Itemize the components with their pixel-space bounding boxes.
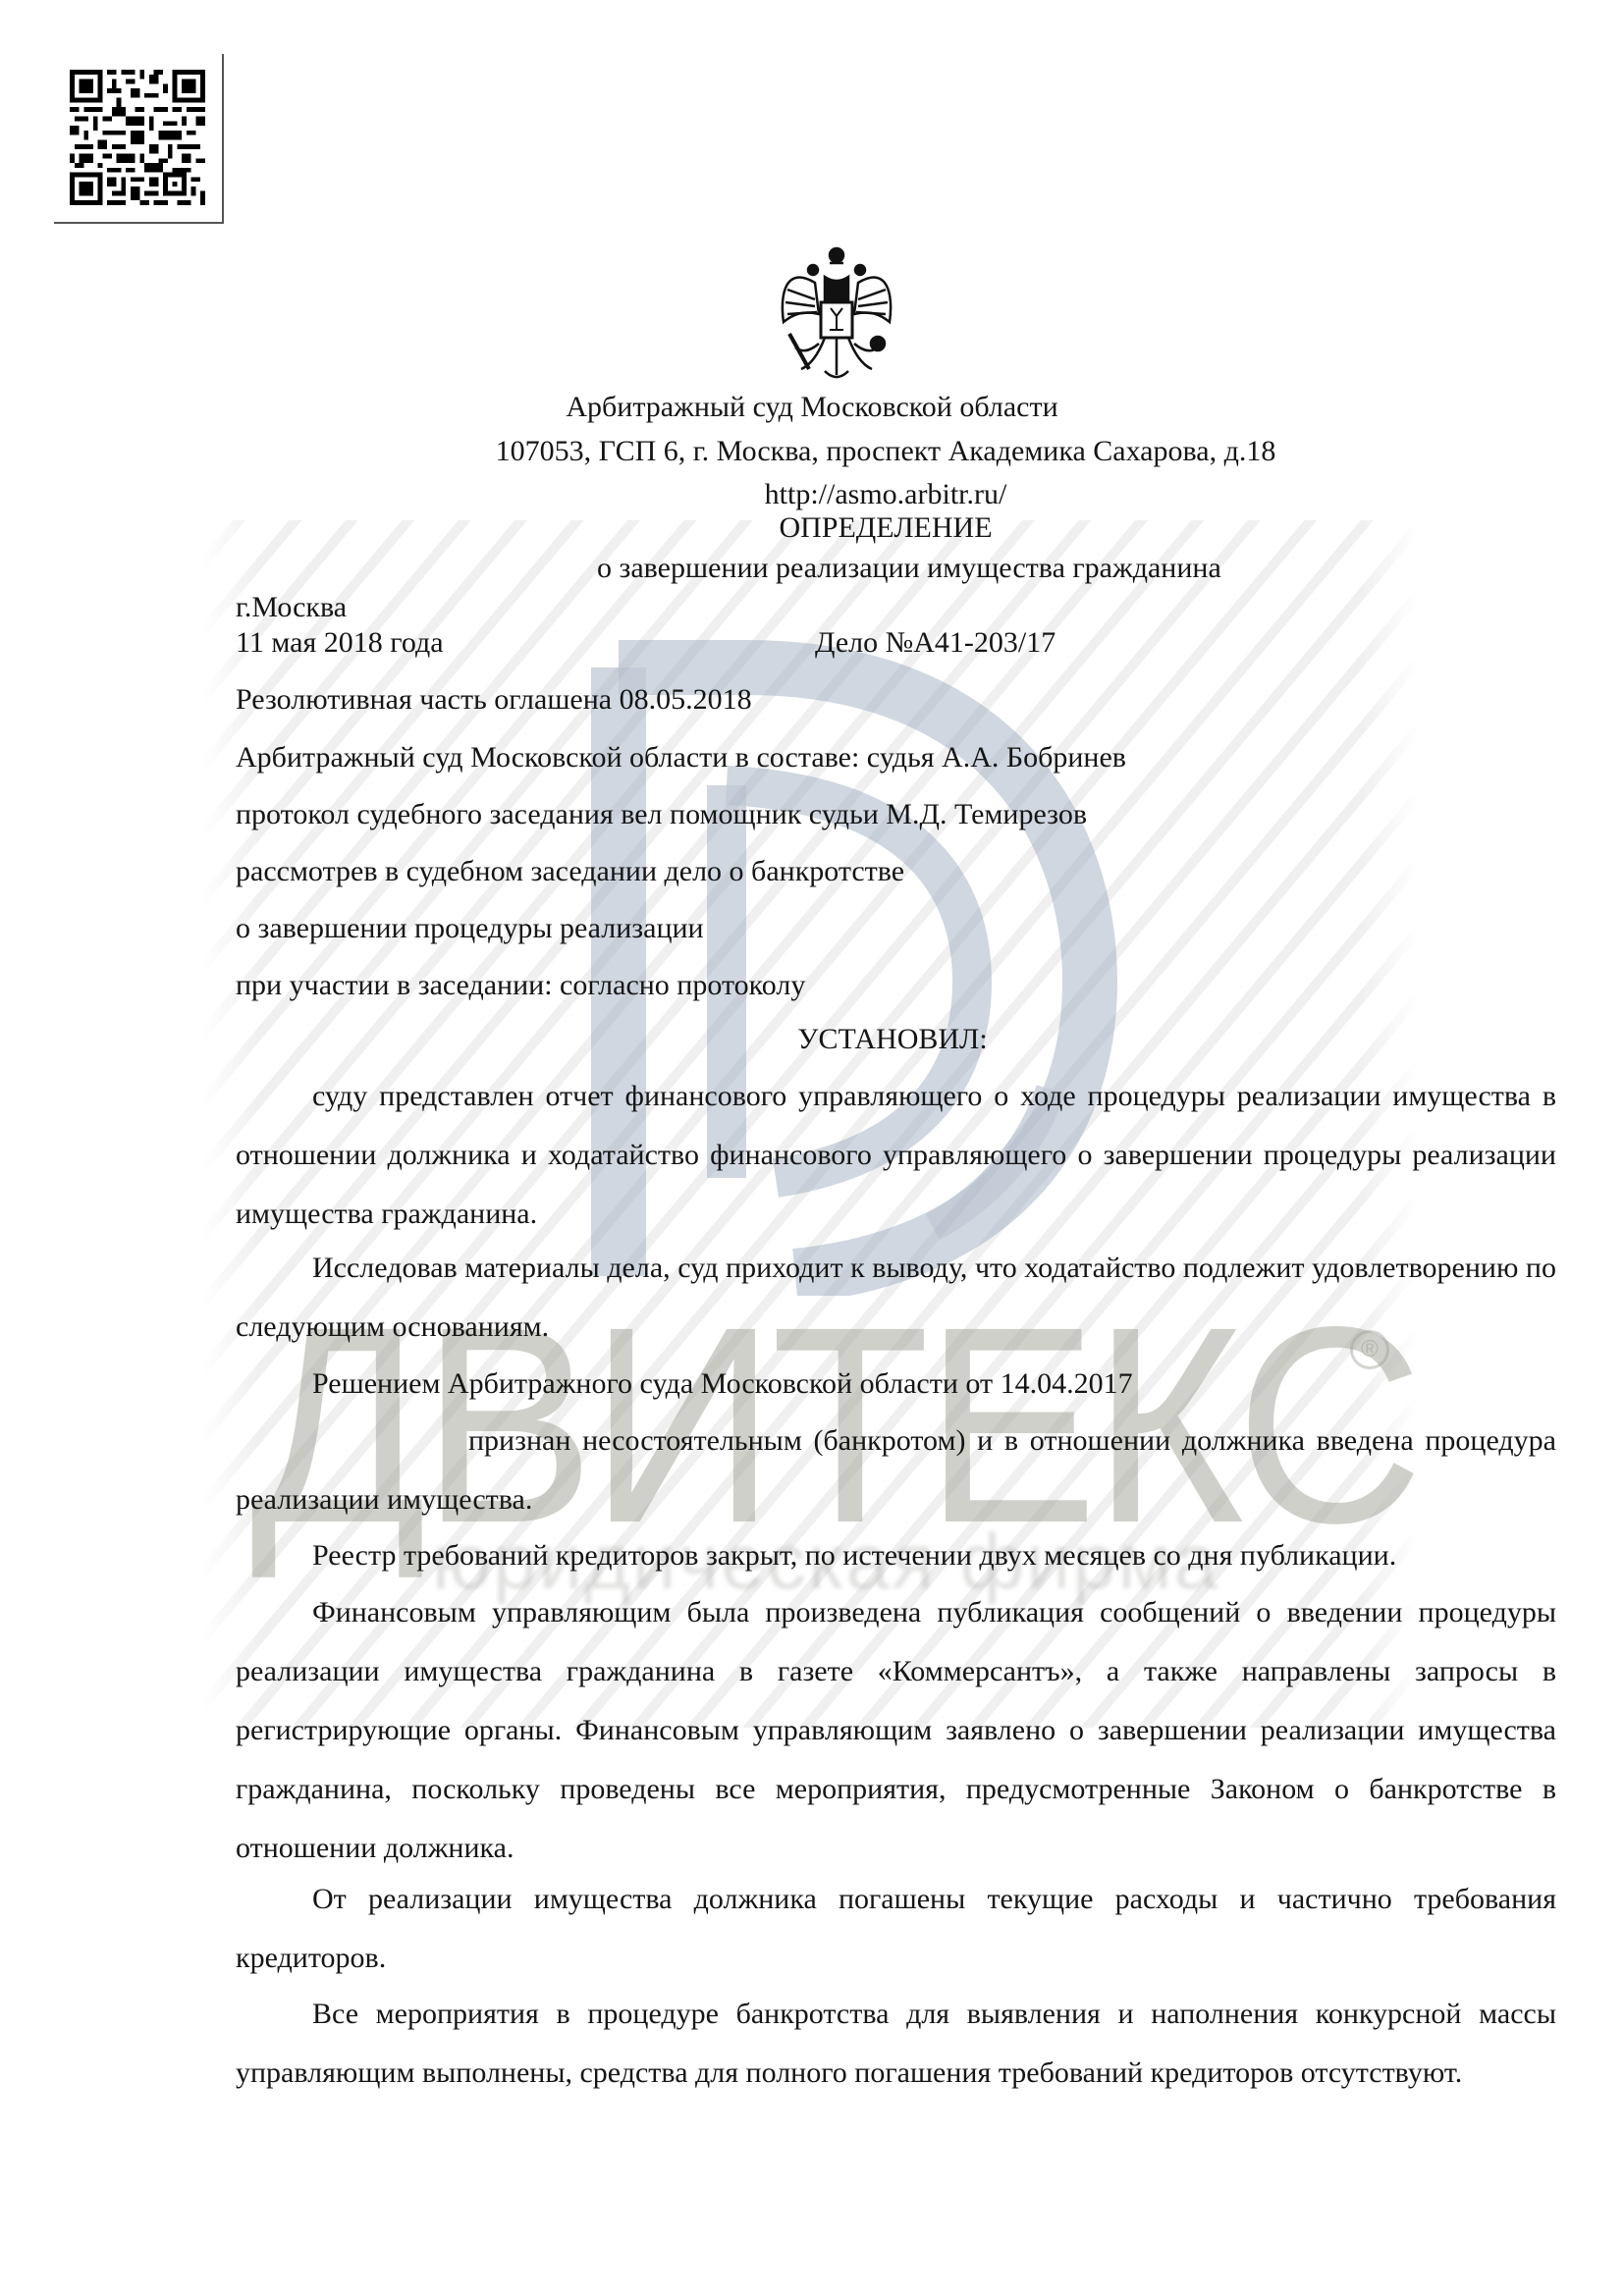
established-heading: УСТАНОВИЛ: — [81, 1022, 1624, 1057]
participants: при участии в заседании: согласно проток… — [236, 968, 805, 1003]
paragraph-conclusion: Исследовав материалы дела, суд приходит … — [236, 1239, 1556, 1357]
protocol-secretary: протокол судебного заседания вел помощни… — [236, 797, 1087, 832]
paragraph-expenses: От реализации имущества должника погашен… — [236, 1870, 1556, 1988]
case-considered: рассмотрев в судебном заседании дело о б… — [236, 854, 904, 889]
paragraph-text: признан несостоятельным (банкротом) и в … — [236, 1424, 1556, 1516]
document-date: 11 мая 2018 года — [236, 625, 444, 661]
coat-of-arms-icon — [776, 245, 898, 388]
paragraph-text: Реестр требований кредиторов закрыт, по … — [312, 1539, 1396, 1572]
paragraph-report: суду представлен отчет финансового управ… — [236, 1067, 1556, 1244]
document-type: ОПРЕДЕЛЕНИЕ — [74, 510, 1624, 546]
paragraph-text: суду представлен отчет финансового управ… — [236, 1080, 1556, 1230]
paragraph-measures: Все мероприятия в процедуре банкротства … — [236, 1985, 1556, 2103]
case-number: Дело №А41-203/17 — [815, 625, 1056, 661]
paragraph-text: Финансовым управляющим была произведена … — [236, 1596, 1556, 1864]
court-composition: Арбитражный суд Московской области в сос… — [236, 740, 1126, 775]
paragraph-decision: Решением Арбитражного суда Московской об… — [236, 1355, 1556, 1414]
paragraph-publication: Финансовым управляющим была произведена … — [236, 1583, 1556, 1878]
qr-code-icon — [70, 70, 205, 205]
court-address: 107053, ГСП 6, г. Москва, проспект Акаде… — [74, 434, 1624, 469]
document-subject: о завершении реализации имущества гражда… — [597, 551, 1221, 586]
paragraph-bankrupt: признан несостоятельным (банкротом) и в … — [236, 1412, 1556, 1529]
paragraph-text: Исследовав материалы дела, суд приходит … — [236, 1252, 1556, 1343]
paragraph-text: Все мероприятия в процедуре банкротства … — [236, 1998, 1556, 2089]
paragraph-text: Решением Арбитражного суда Московской об… — [312, 1367, 1133, 1400]
resolution-announced: Резолютивная часть оглашена 08.05.2018 — [236, 682, 752, 718]
case-subject: о завершении процедуры реализации — [236, 911, 704, 946]
court-name: Арбитражный суд Московской области — [0, 390, 1624, 425]
court-website[interactable]: http://asmo.arbitr.ru/ — [74, 477, 1624, 512]
paragraph-registry: Реестр требований кредиторов закрыт, по … — [236, 1526, 1556, 1585]
paragraph-text: От реализации имущества должника погашен… — [236, 1883, 1556, 1974]
city: г.Москва — [236, 590, 347, 625]
